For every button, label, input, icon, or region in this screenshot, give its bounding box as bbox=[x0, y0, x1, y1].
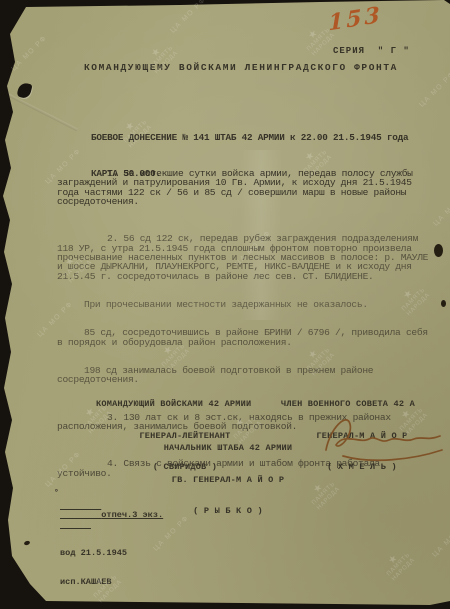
report-title-line1: БОЕВОЕ ДОНЕСЕНИЕ № 141 ШТАБ 42 АРМИИ к 2… bbox=[91, 132, 443, 144]
copies-line: ° отпеч.3 экз. bbox=[60, 492, 163, 530]
chief-title: НАЧАЛЬНИК ШТАБА 42 АРМИИ bbox=[133, 443, 323, 454]
paper-crease bbox=[0, 88, 78, 132]
date-line: вод 21.5.1945 bbox=[60, 549, 163, 559]
paragraph-2b: 85 сд, сосредоточившись в районе БРИНИ /… bbox=[57, 328, 436, 347]
paragraph-1: 1. За истекшие сутки войска армии, перед… bbox=[57, 169, 436, 207]
stray-mark: ° bbox=[54, 489, 59, 499]
document-paper: 153 СЕРИЯ " Г " КОМАНДУЮЩЕМУ ВОЙСКАМИ ЛЕ… bbox=[0, 0, 450, 609]
paper-speck bbox=[441, 300, 446, 307]
series-line: СЕРИЯ " Г " bbox=[333, 46, 410, 56]
paragraph-2: 2. 56 сд 122 ск, передав рубеж загражден… bbox=[57, 234, 436, 281]
scanned-document-photo: 153 СЕРИЯ " Г " КОМАНДУЮЩЕМУ ВОЙСКАМИ ЛЕ… bbox=[0, 0, 450, 609]
addressee-line: КОМАНДУЮЩЕМУ ВОЙСКАМИ ЛЕНИНГРАДСКОГО ФРО… bbox=[84, 62, 444, 73]
clerk-line: исп.КАШАЕВ bbox=[60, 578, 163, 588]
paper-speck bbox=[23, 540, 30, 546]
paper-hole bbox=[16, 82, 32, 100]
paragraph-2a: При прочесывании местности задержанных н… bbox=[57, 300, 436, 309]
handwritten-page-number: 153 bbox=[328, 2, 383, 37]
handwritten-signature bbox=[316, 408, 446, 470]
clerk-footer: ° отпеч.3 экз. вод 21.5.1945 исп.КАШАЕВ bbox=[60, 473, 163, 606]
commander-title: КОМАНДУЮЩИЙ ВОЙСКАМИ 42 АРМИИ bbox=[96, 399, 274, 410]
